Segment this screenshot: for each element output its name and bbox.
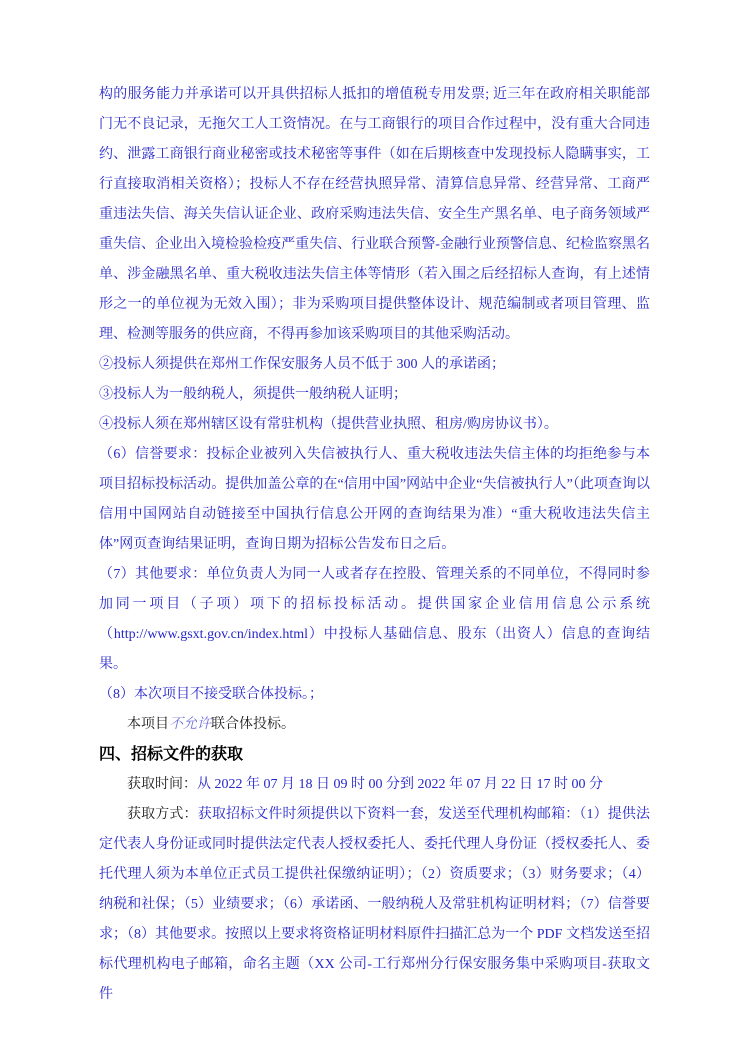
heading-section-4-obtain-bidding-documents: 四、招标文件的获取 — [99, 740, 650, 770]
document-body: 构的服务能力并承诺可以开具供招标人抵扣的增值税专用发票; 近三年在政府相关职能部… — [99, 80, 650, 1010]
obtain-time-label: 获取时间： — [127, 777, 197, 792]
clause-text: ③投标人为一般纳税人，须提供一般纳税人证明； — [99, 387, 407, 402]
note-prefix: 本项目 — [127, 717, 169, 732]
clause-3-general-taxpayer: ③投标人为一般纳税人，须提供一般纳税人证明； — [99, 380, 650, 410]
note-not-allowed-emphasis: 不允许 — [169, 717, 211, 732]
line-obtain-time: 获取时间：从 2022 年 07 月 18 日 09 时 00 分到 2022 … — [99, 770, 650, 800]
paragraph-obtain-method: 获取方式：获取招标文件时须提供以下资料一套，发送至代理机构邮箱：（1）提供法定代… — [99, 800, 650, 1010]
obtain-time-value: 从 2022 年 07 月 18 日 09 时 00 分到 2022 年 07 … — [197, 777, 603, 792]
clause-text: ②投标人须提供在郑州工作保安服务人员不低于 300 人的承诺函； — [99, 357, 505, 372]
obtain-method-label: 获取方式： — [127, 807, 198, 822]
clause-4-zhengzhou-resident-office: ④投标人须在郑州辖区设有常驻机构（提供营业执照、租房/购房协议书）。 — [99, 410, 650, 440]
clause-2-security-staff-commitment: ②投标人须提供在郑州工作保安服务人员不低于 300 人的承诺函； — [99, 350, 650, 380]
section-heading-text: 四、招标文件的获取 — [99, 746, 243, 763]
clause-6-credit-requirements: （6）信誉要求：投标企业被列入失信被执行人、重大税收违法失信主体的均拒绝参与本项… — [99, 440, 650, 560]
clause-text: （8）本次项目不接受联合体投标。； — [99, 687, 323, 702]
obtain-method-value: 获取招标文件时须提供以下资料一套，发送至代理机构邮箱：（1）提供法定代表人身份证… — [99, 807, 650, 1002]
paragraph-supplier-qualifications-continued: 构的服务能力并承诺可以开具供招标人抵扣的增值税专用发票; 近三年在政府相关职能部… — [99, 80, 650, 350]
qualification-text: 构的服务能力并承诺可以开具供招标人抵扣的增值税专用发票; 近三年在政府相关职能部… — [99, 87, 650, 342]
note-suffix: 联合体投标。 — [211, 717, 295, 732]
clause-text: ④投标人须在郑州辖区设有常驻机构（提供营业执照、租房/购房协议书）。 — [99, 417, 558, 432]
clause-7-other-requirements: （7）其他要求：单位负责人为同一人或者存在控股、管理关系的不同单位，不得同时参加… — [99, 560, 650, 680]
note-no-consortium-allowed: 本项目不允许联合体投标。 — [99, 710, 650, 740]
clause-text: （6）信誉要求：投标企业被列入失信被执行人、重大税收违法失信主体的均拒绝参与本项… — [99, 447, 650, 552]
clause-8-no-consortium-bids: （8）本次项目不接受联合体投标。； — [99, 680, 650, 710]
clause-text: （7）其他要求：单位负责人为同一人或者存在控股、管理关系的不同单位，不得同时参加… — [99, 567, 650, 672]
